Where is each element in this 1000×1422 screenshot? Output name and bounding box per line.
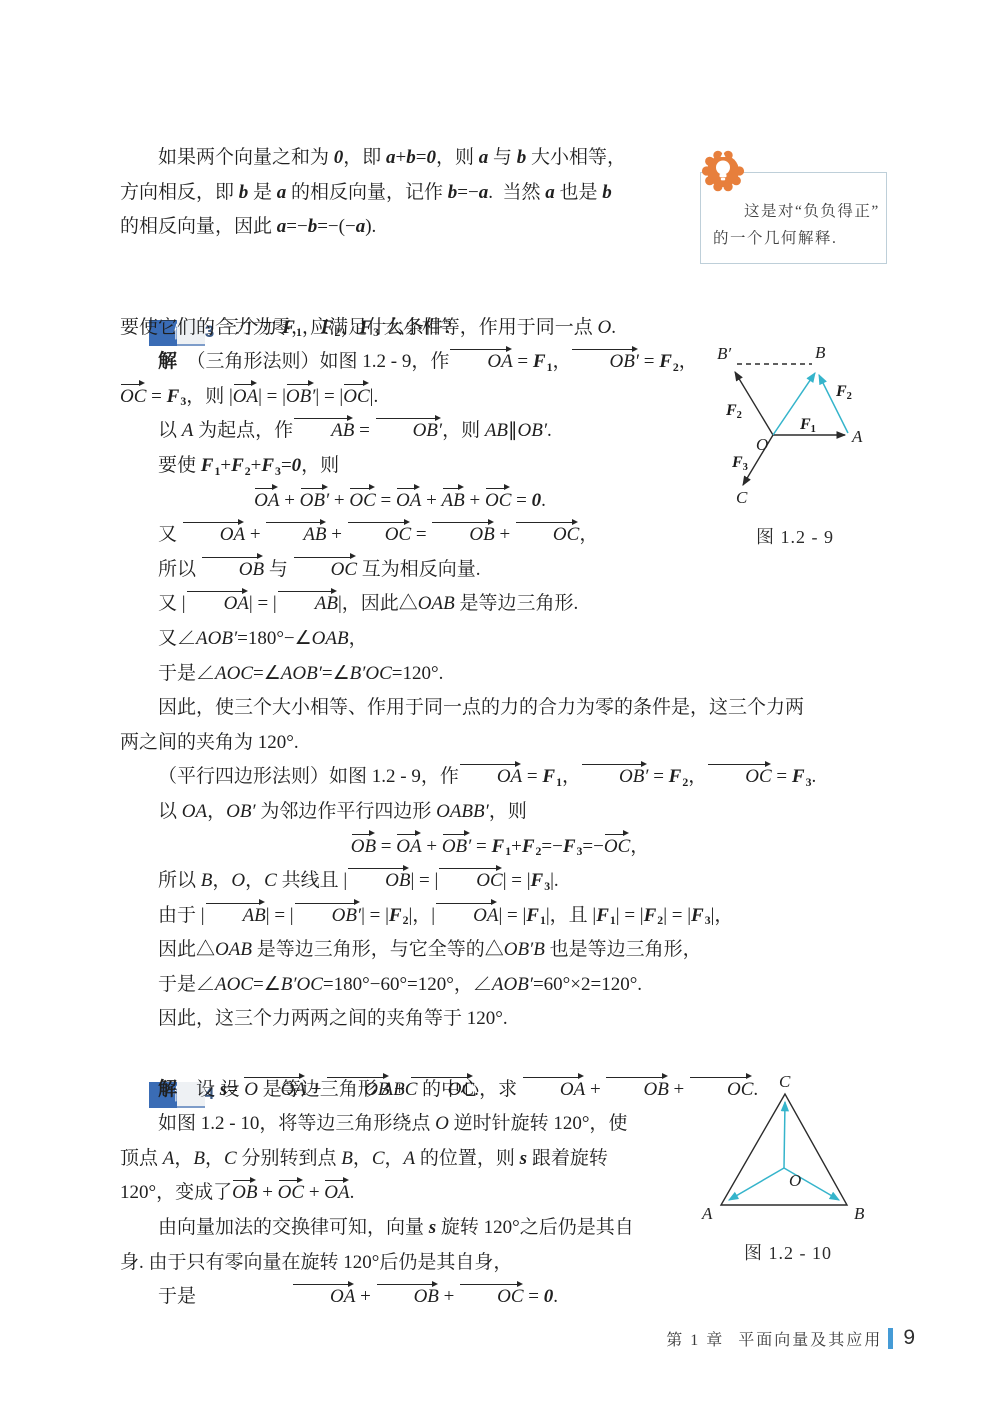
text-line: 因此△OAB 是等边三角形，与它全等的△OB′B 也是等边三角形， [120, 933, 880, 968]
text-line: 如图 1.2 - 10，将等边三角形绕点 O 逆时针旋转 120°，使 [120, 1107, 680, 1142]
example-3-block: 例 3 三个力 F1，F2，F3 大小相等，作用于同一点 O. 要使它们的合力为… [120, 276, 880, 1037]
text-line: 如果两个向量之和为 0，即 a+b=0，则 a 与 b 大小相等， [120, 141, 680, 176]
point-label: A [701, 1204, 713, 1222]
text-line: 方向相反，即 b 是 a 的相反向量，记作 b=−a. 当然 a 也是 b [120, 176, 680, 211]
point-label: C [779, 1072, 791, 1091]
page-footer: 第 1 章 平面向量及其应用 9 [666, 1326, 915, 1350]
text-line: 又∠AOB′=180°−∠OAB， [120, 622, 880, 657]
text-line: 由向量加法的交换律可知，向量 s 旋转 120°之后仍是其自 [120, 1211, 680, 1246]
equation-line: 于是OA + OB + OC = 0. [120, 1280, 880, 1315]
text-line: 以 A 为起点，作AB = OB′，则 AB∥OB′. [120, 414, 880, 449]
figure-caption: 图 1.2 - 10 [688, 1239, 888, 1265]
text-line: 解 （三角形法则）如图 1.2 - 9，作OA = F1，OB′ = F2， [120, 345, 880, 380]
point-label: O [789, 1171, 801, 1190]
equilateral-triangle-diagram: C A B O [688, 1072, 888, 1222]
text-line: 所以 B，O，C 共线且 |OB| = |OC| = |F3|. [120, 864, 880, 899]
intro-paragraph: 如果两个向量之和为 0，即 a+b=0，则 a 与 b 大小相等， 方向相反，即… [120, 141, 680, 245]
example-4-heading: 例 4 设 O 是等边三角形 ABC 的中心，求 OA + OB + OC. [120, 1038, 880, 1073]
footer-chapter: 第 1 章 [666, 1327, 724, 1350]
footer-chapter-title: 平面向量及其应用 [738, 1327, 882, 1350]
text-line: 的相反向量，因此 a=−b=−(−a). [120, 210, 680, 245]
figure-1-2-10: C A B O 图 1.2 - 10 [688, 1072, 888, 1265]
text-line: 因此，使三个大小相等、作用于同一点的力的合力为零的条件是，这三个力两 [120, 691, 880, 726]
margin-note-line: 的一个几何解释. [713, 225, 874, 252]
text-line: OC = F3，则 |OA| = |OB′| = |OC|. [120, 380, 880, 415]
text-line: 于是∠AOC=∠B′OC=180°−60°=120°，∠AOB′=60°×2=1… [120, 968, 880, 1003]
text-line: 因此，这三个力两两之间的夹角等于 120°. [120, 1002, 880, 1037]
text-line: 于是∠AOC=∠AOB′=∠B′OC=120°. [120, 657, 880, 692]
text-line: 又 OA + AB + OC = OB + OC， [120, 518, 880, 553]
text-line: 又 |OA| = |AB|，因此△OAB 是等边三角形. [120, 587, 880, 622]
equation-line: OA + OB′ + OC = OA + AB + OC = 0. [120, 484, 680, 519]
lightbulb-gear-icon [699, 147, 747, 195]
margin-note-line: 这是对“负负得正” [713, 198, 874, 225]
text-line: 以 OA，OB′ 为邻边作平行四边形 OABB′，则 [120, 795, 880, 830]
example-3-heading: 例 3 三个力 F1，F2，F3 大小相等，作用于同一点 O. [120, 276, 880, 311]
text-line: 120°，变成了OB + OC + OA. [120, 1176, 680, 1211]
vector-oc-cyan [784, 1102, 785, 1168]
text-line: 所以 OB 与 OC 互为相反向量. [120, 553, 880, 588]
textbook-page: 如果两个向量之和为 0，即 a+b=0，则 a 与 b 大小相等， 方向相反，即… [0, 0, 1000, 1422]
text-line: 身. 由于只有零向量在旋转 120°后仍是其自身， [120, 1246, 680, 1281]
text-line: 顶点 A，B，C 分别转到点 B，C，A 的位置，则 s 跟着旋转 [120, 1142, 680, 1177]
point-label: B [854, 1204, 865, 1222]
footer-page-number: 9 [903, 1326, 915, 1350]
text-line: 要使 F1+F2+F3=0，则 [120, 449, 880, 484]
text-line: （平行四边形法则）如图 1.2 - 9，作OA = F1，OB′ = F2，OC… [120, 760, 880, 795]
text-line: 两之间的夹角为 120°. [120, 726, 880, 761]
footer-divider-bar [888, 1328, 893, 1349]
text-line: 由于 |AB| = |OB′| = |F2|，|OA| = |F1|，且 |F1… [120, 899, 880, 934]
vector-oa-cyan [729, 1168, 784, 1200]
equation-line: OB = OA + OB′ = F1+F2=−F3=−OC， [120, 830, 880, 865]
